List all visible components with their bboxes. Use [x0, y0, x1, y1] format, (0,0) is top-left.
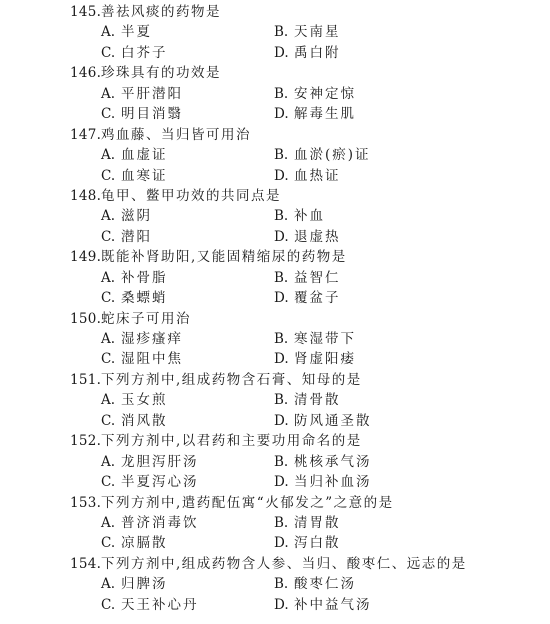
option-text: 寒湿带下: [294, 331, 356, 347]
option-a[interactable]: A.玉女煎: [101, 390, 168, 410]
option-text: 覆盆子: [294, 290, 341, 306]
question-stem: 下列方剂中,以君药和主要功用命名的是: [101, 431, 362, 451]
option-a[interactable]: A.普济消毒饮: [101, 513, 199, 533]
option-b[interactable]: B.补血: [274, 206, 325, 226]
question-number: 147.: [70, 125, 101, 145]
question-block: 151. 下列方剂中,组成药物含石膏、知母的是 A.玉女煎 B.清骨散 C.消风…: [0, 370, 550, 431]
option-d[interactable]: D.退虚热: [274, 227, 341, 247]
option-letter: C.: [101, 104, 121, 124]
option-letter: A.: [101, 452, 121, 472]
option-b[interactable]: B.清胃散: [274, 513, 341, 533]
option-letter: B.: [274, 206, 294, 226]
option-b[interactable]: B.天南星: [274, 22, 341, 42]
question-stem: 既能补肾助阳,又能固精缩尿的药物是: [101, 247, 347, 267]
option-text: 血寒证: [121, 168, 168, 184]
option-row: C.消风散 D.防风通圣散: [0, 411, 550, 431]
option-row: A.血虚证 B.血淤(瘀)证: [0, 145, 550, 165]
option-letter: D.: [274, 166, 294, 186]
option-d[interactable]: D.肾虚阳痿: [274, 349, 356, 369]
option-b[interactable]: B.酸枣仁汤: [274, 574, 356, 594]
option-c[interactable]: C.凉膈散: [101, 533, 168, 553]
question-block: 154. 下列方剂中,组成药物含人参、当归、酸枣仁、远志的是 A.归脾汤 B.酸…: [0, 554, 550, 615]
option-letter: C.: [101, 533, 121, 553]
option-letter: B.: [274, 452, 294, 472]
option-letter: A.: [101, 268, 121, 288]
question-stem-line: 154. 下列方剂中,组成药物含人参、当归、酸枣仁、远志的是: [0, 554, 550, 574]
option-c[interactable]: C.湿阻中焦: [101, 349, 183, 369]
option-text: 补中益气汤: [294, 597, 372, 613]
option-row: C.天王补心丹 D.补中益气汤: [0, 595, 550, 615]
option-text: 平肝潜阳: [121, 86, 183, 102]
option-text: 补骨脂: [121, 270, 168, 286]
question-stem: 珍珠具有的功效是: [101, 63, 221, 83]
option-text: 湿疹瘙痒: [121, 331, 183, 347]
option-row: C.明目消翳 D.解毒生肌: [0, 104, 550, 124]
option-letter: A.: [101, 22, 121, 42]
question-stem: 下列方剂中,组成药物含人参、当归、酸枣仁、远志的是: [101, 554, 467, 574]
option-row: A.普济消毒饮 B.清胃散: [0, 513, 550, 533]
question-stem: 下列方剂中,遣药配伍寓“火郁发之”之意的是: [101, 493, 394, 513]
option-text: 消风散: [121, 413, 168, 429]
option-row: A.补骨脂 B.益智仁: [0, 268, 550, 288]
option-letter: A.: [101, 574, 121, 594]
option-c[interactable]: C.半夏泻心汤: [101, 472, 199, 492]
option-row: A.玉女煎 B.清骨散: [0, 390, 550, 410]
option-row: C.桑螵蛸 D.覆盆子: [0, 288, 550, 308]
option-d[interactable]: D.补中益气汤: [274, 595, 372, 615]
option-letter: D.: [274, 288, 294, 308]
question-number: 153.: [70, 493, 101, 513]
question-number: 152.: [70, 431, 101, 451]
option-text: 清胃散: [294, 515, 341, 531]
option-letter: C.: [101, 472, 121, 492]
question-stem-line: 147. 鸡血藤、当归皆可用治: [0, 125, 550, 145]
question-number: 154.: [70, 554, 101, 574]
option-text: 桃核承气汤: [294, 454, 372, 470]
option-b[interactable]: B.寒湿带下: [274, 329, 356, 349]
option-letter: A.: [101, 513, 121, 533]
option-letter: B.: [274, 329, 294, 349]
option-row: A.平肝潜阳 B.安神定惊: [0, 84, 550, 104]
option-a[interactable]: A.滋阴: [101, 206, 152, 226]
option-d[interactable]: D.当归补血汤: [274, 472, 372, 492]
option-row: C.白芥子 D.禹白附: [0, 43, 550, 63]
option-text: 玉女煎: [121, 392, 168, 408]
question-stem: 龟甲、鳖甲功效的共同点是: [101, 186, 281, 206]
option-text: 明目消翳: [121, 106, 183, 122]
question-number: 148.: [70, 186, 101, 206]
option-text: 白芥子: [121, 45, 168, 61]
option-letter: C.: [101, 43, 121, 63]
option-d[interactable]: D.解毒生肌: [274, 104, 356, 124]
option-d[interactable]: D.血热证: [274, 166, 341, 186]
option-letter: D.: [274, 227, 294, 247]
option-letter: D.: [274, 595, 294, 615]
option-d[interactable]: D.覆盆子: [274, 288, 341, 308]
option-letter: B.: [274, 22, 294, 42]
option-letter: C.: [101, 595, 121, 615]
option-letter: A.: [101, 145, 121, 165]
option-text: 湿阻中焦: [121, 351, 183, 367]
option-row: A.归脾汤 B.酸枣仁汤: [0, 574, 550, 594]
option-text: 天王补心丹: [121, 597, 199, 613]
option-letter: A.: [101, 390, 121, 410]
option-a[interactable]: A.补骨脂: [101, 268, 168, 288]
option-a[interactable]: A.平肝潜阳: [101, 84, 183, 104]
option-letter: B.: [274, 268, 294, 288]
option-letter: D.: [274, 533, 294, 553]
question-block: 150. 蛇床子可用治 A.湿疹瘙痒 B.寒湿带下 C.湿阻中焦 D.肾虚阳痿: [0, 309, 550, 370]
option-row: C.半夏泻心汤 D.当归补血汤: [0, 472, 550, 492]
option-text: 解毒生肌: [294, 106, 356, 122]
option-text: 普济消毒饮: [121, 515, 199, 531]
option-row: C.血寒证 D.血热证: [0, 166, 550, 186]
option-d[interactable]: D.泻白散: [274, 533, 341, 553]
question-number: 145.: [70, 2, 101, 22]
option-text: 酸枣仁汤: [294, 576, 356, 592]
option-letter: B.: [274, 145, 294, 165]
option-text: 桑螵蛸: [121, 290, 168, 306]
option-a[interactable]: A.湿疹瘙痒: [101, 329, 183, 349]
option-c[interactable]: C.明目消翳: [101, 104, 183, 124]
option-b[interactable]: B.益智仁: [274, 268, 341, 288]
question-block: 147. 鸡血藤、当归皆可用治 A.血虚证 B.血淤(瘀)证 C.血寒证 D.血…: [0, 125, 550, 186]
question-block: 152. 下列方剂中,以君药和主要功用命名的是 A.龙胆泻肝汤 B.桃核承气汤 …: [0, 431, 550, 492]
option-b[interactable]: B.安神定惊: [274, 84, 356, 104]
option-text: 退虚热: [294, 229, 341, 245]
option-c[interactable]: C.桑螵蛸: [101, 288, 168, 308]
option-text: 潜阳: [121, 229, 152, 245]
option-row: C.凉膈散 D.泻白散: [0, 533, 550, 553]
option-text: 血虚证: [121, 147, 168, 163]
question-stem-line: 145. 善祛风痰的药物是: [0, 2, 550, 22]
question-stem-line: 153. 下列方剂中,遣药配伍寓“火郁发之”之意的是: [0, 493, 550, 513]
option-text: 龙胆泻肝汤: [121, 454, 199, 470]
option-letter: C.: [101, 411, 121, 431]
question-stem-line: 151. 下列方剂中,组成药物含石膏、知母的是: [0, 370, 550, 390]
option-letter: A.: [101, 206, 121, 226]
question-stem-line: 149. 既能补肾助阳,又能固精缩尿的药物是: [0, 247, 550, 267]
option-letter: C.: [101, 288, 121, 308]
option-c[interactable]: C.天王补心丹: [101, 595, 199, 615]
option-b[interactable]: B.清骨散: [274, 390, 341, 410]
option-letter: C.: [101, 227, 121, 247]
question-stem-line: 148. 龟甲、鳖甲功效的共同点是: [0, 186, 550, 206]
option-b[interactable]: B.血淤(瘀)证: [274, 145, 371, 165]
option-letter: B.: [274, 574, 294, 594]
option-b[interactable]: B.桃核承气汤: [274, 452, 372, 472]
question-stem-line: 152. 下列方剂中,以君药和主要功用命名的是: [0, 431, 550, 451]
option-row: C.潜阳 D.退虚热: [0, 227, 550, 247]
option-a[interactable]: A.半夏: [101, 22, 152, 42]
option-d[interactable]: D.禹白附: [274, 43, 341, 63]
question-block: 145. 善祛风痰的药物是 A.半夏 B.天南星 C.白芥子 D.禹白附: [0, 2, 550, 63]
option-text: 凉膈散: [121, 535, 168, 551]
exam-page: 145. 善祛风痰的药物是 A.半夏 B.天南星 C.白芥子 D.禹白附 146…: [0, 2, 550, 615]
option-letter: B.: [274, 84, 294, 104]
option-row: C.湿阻中焦 D.肾虚阳痿: [0, 349, 550, 369]
option-a[interactable]: A.龙胆泻肝汤: [101, 452, 199, 472]
question-number: 151.: [70, 370, 101, 390]
option-text: 半夏泻心汤: [121, 474, 199, 490]
option-a[interactable]: A.归脾汤: [101, 574, 168, 594]
question-stem-line: 150. 蛇床子可用治: [0, 309, 550, 329]
option-text: 泻白散: [294, 535, 341, 551]
option-d[interactable]: D.防风通圣散: [274, 411, 372, 431]
option-row: A.滋阴 B.补血: [0, 206, 550, 226]
option-text: 归脾汤: [121, 576, 168, 592]
option-text: 当归补血汤: [294, 474, 372, 490]
option-text: 禹白附: [294, 45, 341, 61]
option-letter: D.: [274, 411, 294, 431]
option-letter: B.: [274, 513, 294, 533]
question-number: 146.: [70, 63, 101, 83]
option-text: 防风通圣散: [294, 413, 372, 429]
question-stem: 下列方剂中,组成药物含石膏、知母的是: [101, 370, 362, 390]
option-letter: B.: [274, 390, 294, 410]
option-text: 天南星: [294, 24, 341, 40]
option-c[interactable]: C.潜阳: [101, 227, 152, 247]
option-c[interactable]: C.消风散: [101, 411, 168, 431]
question-number: 149.: [70, 247, 101, 267]
option-text: 清骨散: [294, 392, 341, 408]
question-stem-line: 146. 珍珠具有的功效是: [0, 63, 550, 83]
option-row: A.湿疹瘙痒 B.寒湿带下: [0, 329, 550, 349]
option-text: 安神定惊: [294, 86, 356, 102]
question-block: 149. 既能补肾助阳,又能固精缩尿的药物是 A.补骨脂 B.益智仁 C.桑螵蛸…: [0, 247, 550, 308]
option-text: 补血: [294, 208, 325, 224]
option-letter: D.: [274, 349, 294, 369]
option-text: 半夏: [121, 24, 152, 40]
option-letter: D.: [274, 43, 294, 63]
option-a[interactable]: A.血虚证: [101, 145, 168, 165]
option-text: 血淤(瘀)证: [294, 147, 371, 163]
option-c[interactable]: C.白芥子: [101, 43, 168, 63]
option-letter: A.: [101, 84, 121, 104]
question-block: 153. 下列方剂中,遣药配伍寓“火郁发之”之意的是 A.普济消毒饮 B.清胃散…: [0, 493, 550, 554]
option-letter: C.: [101, 349, 121, 369]
option-row: A.龙胆泻肝汤 B.桃核承气汤: [0, 452, 550, 472]
question-stem: 鸡血藤、当归皆可用治: [101, 125, 251, 145]
option-text: 肾虚阳痿: [294, 351, 356, 367]
option-text: 益智仁: [294, 270, 341, 286]
option-row: A.半夏 B.天南星: [0, 22, 550, 42]
question-number: 150.: [70, 309, 101, 329]
option-c[interactable]: C.血寒证: [101, 166, 168, 186]
option-letter: D.: [274, 104, 294, 124]
option-text: 血热证: [294, 168, 341, 184]
option-letter: C.: [101, 166, 121, 186]
option-text: 滋阴: [121, 208, 152, 224]
option-letter: A.: [101, 329, 121, 349]
question-stem: 善祛风痰的药物是: [101, 2, 221, 22]
option-letter: D.: [274, 472, 294, 492]
question-block: 146. 珍珠具有的功效是 A.平肝潜阳 B.安神定惊 C.明目消翳 D.解毒生…: [0, 63, 550, 124]
question-stem: 蛇床子可用治: [101, 309, 191, 329]
question-block: 148. 龟甲、鳖甲功效的共同点是 A.滋阴 B.补血 C.潜阳 D.退虚热: [0, 186, 550, 247]
